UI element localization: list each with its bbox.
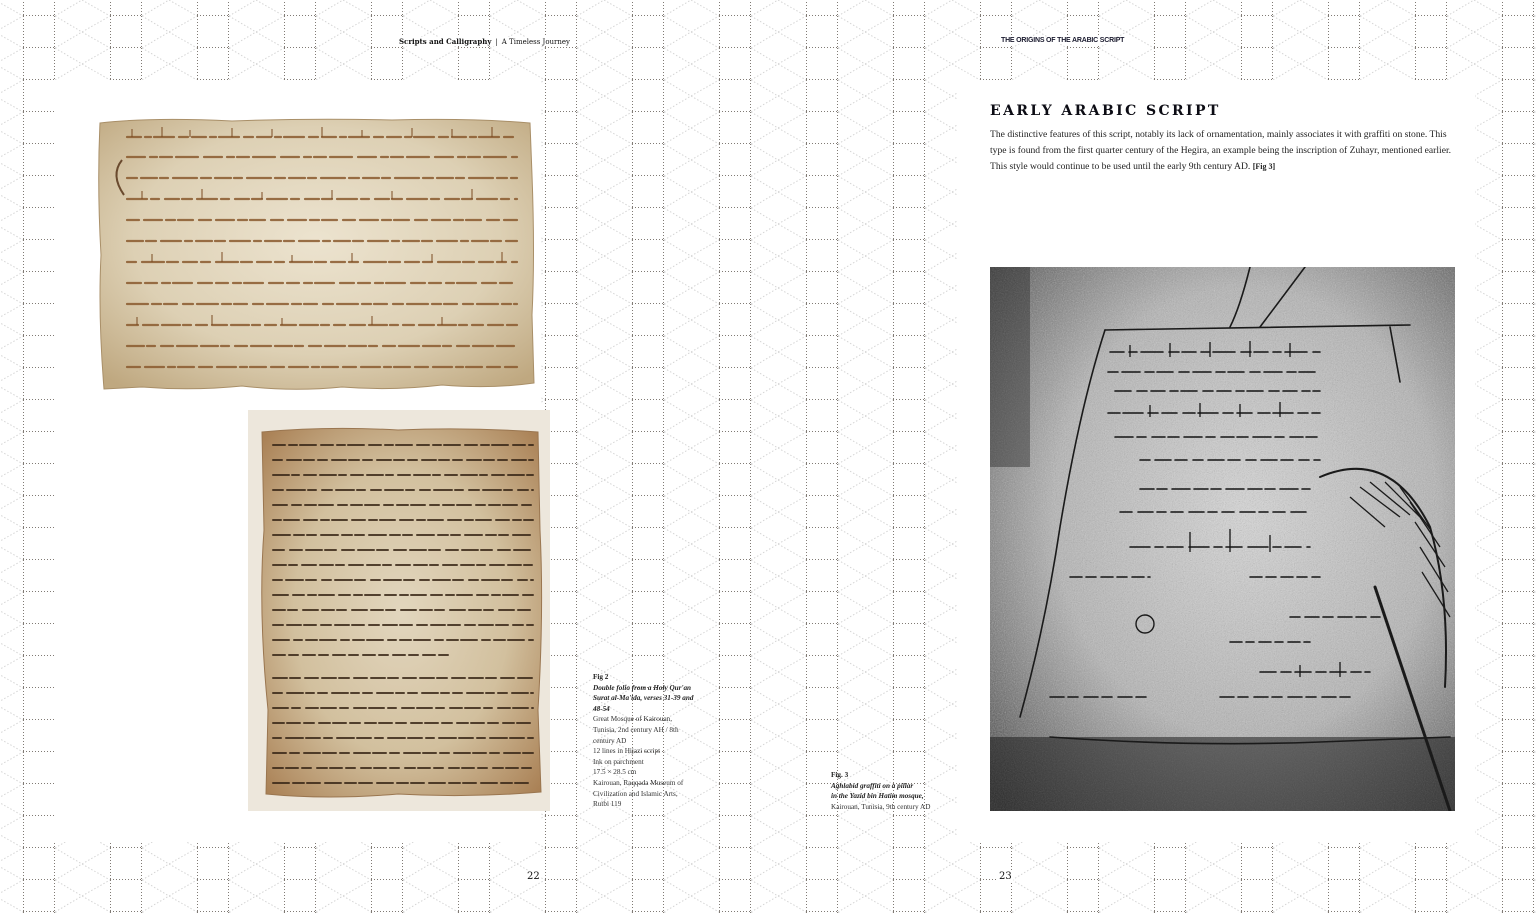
quran-folio-vertical-image — [248, 410, 550, 811]
book-subtitle: A Timeless Journey — [502, 38, 570, 46]
page-number-left: 22 — [526, 871, 541, 882]
aghlabid-graffiti-image — [990, 267, 1455, 811]
figure-2-caption: Fig 2 Double folio from a Holy Qur'an Su… — [593, 672, 713, 810]
page-number-right: 23 — [998, 871, 1013, 882]
running-head-left: Scripts and Calligraphy|A Timeless Journ… — [397, 37, 572, 46]
figure-3-label: Fig. 3 — [831, 770, 961, 781]
article-body: The distinctive features of this script,… — [990, 127, 1460, 175]
article-title: EARLY ARABIC SCRIPT — [990, 103, 1221, 119]
figure-3-caption: Fig. 3 Aghlabid graffiti on a pillar in … — [831, 770, 961, 812]
quran-folio-horizontal-image — [92, 115, 537, 395]
book-title: Scripts and Calligraphy — [399, 37, 491, 46]
figure-2-label: Fig 2 — [593, 672, 713, 683]
figure-reference-link[interactable]: [Fig 3] — [1253, 162, 1275, 171]
section-label: THE ORIGINS OF THE ARABIC SCRIPT — [999, 37, 1126, 44]
